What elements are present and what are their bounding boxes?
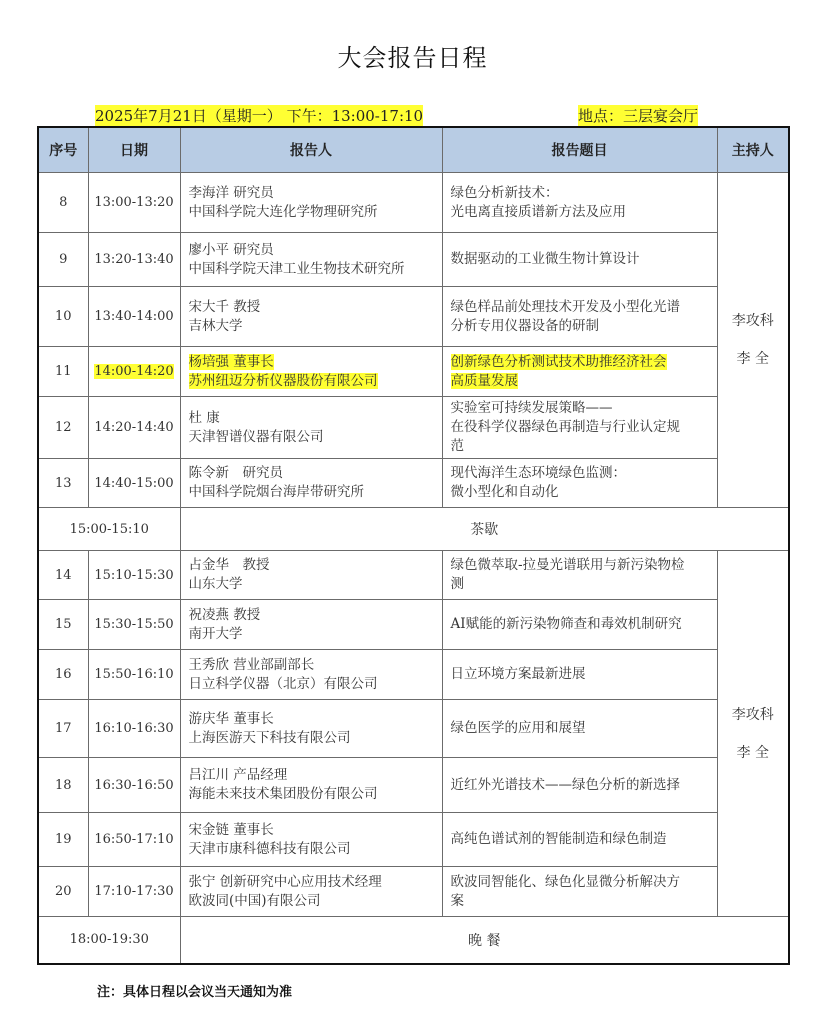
speaker-affiliation: 中国科学院烟台海岸带研究所 (189, 483, 442, 502)
page-title: 大会报告日程 (0, 38, 825, 73)
topic-line: 实验室可持续发展策略—— (451, 399, 717, 418)
host-cell: 李攻科李 全 (717, 551, 789, 917)
topic-line: 范 (451, 437, 717, 456)
speaker-affiliation: 天津市康科德科技有限公司 (189, 840, 442, 859)
table-row: 9 13:20-13:40 廖小平 研究员中国科学院天津工业生物技术研究所 数据… (38, 233, 789, 287)
dinner-row: 18:00-19:30 晚 餐 (38, 917, 789, 964)
row-time: 13:20-13:40 (88, 233, 180, 287)
header-row: 序号 日期 报告人 报告题目 主持人 (38, 127, 789, 173)
topic-line: 微小型化和自动化 (451, 483, 717, 502)
row-time: 14:00-14:20 (88, 347, 180, 397)
speaker-name: 占金华 教授 (189, 556, 442, 575)
speaker-affiliation: 海能未来技术集团股份有限公司 (189, 785, 442, 804)
topic-line: 绿色医学的应用和展望 (451, 719, 717, 738)
speaker-affiliation: 日立科学仪器（北京）有限公司 (189, 675, 442, 694)
row-no: 12 (38, 397, 88, 459)
topic-line: 案 (451, 892, 717, 911)
row-time: 13:40-14:00 (88, 287, 180, 347)
row-time: 16:50-17:10 (88, 813, 180, 867)
topic-line: 欧波同智能化、绿色化显微分析解决方 (451, 873, 717, 892)
row-time: 16:10-16:30 (88, 700, 180, 758)
schedule-table: 序号 日期 报告人 报告题目 主持人 8 13:00-13:20 李海洋 研究员… (37, 126, 790, 965)
table-row: 13 14:40-15:00 陈令新 研究员中国科学院烟台海岸带研究所 现代海洋… (38, 459, 789, 508)
row-topic: 数据驱动的工业微生物计算设计 (442, 233, 717, 287)
topic-line: 绿色分析新技术： (451, 184, 717, 203)
speaker-affiliation: 中国科学院天津工业生物技术研究所 (189, 260, 442, 279)
speaker-name: 宋金链 董事长 (189, 821, 442, 840)
header-speaker: 报告人 (180, 127, 442, 173)
row-time: 17:10-17:30 (88, 867, 180, 917)
speaker-name: 李海洋 研究员 (189, 184, 442, 203)
row-no: 10 (38, 287, 88, 347)
break-row: 15:00-15:10 茶歇 (38, 508, 789, 551)
row-speaker: 张宁 创新研究中心应用技术经理欧波同(中国)有限公司 (180, 867, 442, 917)
header-topic: 报告题目 (442, 127, 717, 173)
row-no: 8 (38, 173, 88, 233)
row-no: 11 (38, 347, 88, 397)
table-row: 18 16:30-16:50 吕江川 产品经理海能未来技术集团股份有限公司 近红… (38, 758, 789, 813)
speaker-name: 王秀欣 营业部副部长 (189, 656, 442, 675)
location-info: 地点：三层宴会厅 (578, 105, 698, 126)
row-speaker: 杜 康天津智谱仪器有限公司 (180, 397, 442, 459)
row-speaker: 陈令新 研究员中国科学院烟台海岸带研究所 (180, 459, 442, 508)
speaker-affiliation: 吉林大学 (189, 317, 442, 336)
speaker-name: 宋大千 教授 (189, 298, 442, 317)
speaker-affiliation: 欧波同(中国)有限公司 (189, 892, 442, 911)
speaker-name: 游庆华 董事长 (189, 710, 442, 729)
row-topic: 绿色医学的应用和展望 (442, 700, 717, 758)
table-row: 14 15:10-15:30 占金华 教授山东大学 绿色微萃取-拉曼光谱联用与新… (38, 551, 789, 600)
topic-line: 高纯色谱试剂的智能制造和绿色制造 (451, 830, 717, 849)
speaker-name: 陈令新 研究员 (189, 464, 442, 483)
speaker-affiliation: 苏州纽迈分析仪器股份有限公司 (189, 373, 378, 389)
speaker-affiliation: 山东大学 (189, 575, 442, 594)
row-speaker: 廖小平 研究员中国科学院天津工业生物技术研究所 (180, 233, 442, 287)
row-no: 19 (38, 813, 88, 867)
topic-line: 在役科学仪器绿色再制造与行业认定规 (451, 418, 717, 437)
topic-line: 光电离直接质谱新方法及应用 (451, 203, 717, 222)
topic-line: 日立环境方案最新进展 (451, 665, 717, 684)
topic-line: 高质量发展 (451, 373, 519, 389)
row-no: 14 (38, 551, 88, 600)
dinner-time: 18:00-19:30 (38, 917, 180, 964)
break-label: 茶歇 (180, 508, 789, 551)
row-topic: 创新绿色分析测试技术助推经济社会高质量发展 (442, 347, 717, 397)
speaker-affiliation: 中国科学院大连化学物理研究所 (189, 203, 442, 222)
row-speaker: 王秀欣 营业部副部长日立科学仪器（北京）有限公司 (180, 650, 442, 700)
row-speaker: 游庆华 董事长上海医游天下科技有限公司 (180, 700, 442, 758)
topic-line: 绿色微萃取-拉曼光谱联用与新污染物检 (451, 556, 717, 575)
host-name: 李 全 (718, 349, 789, 369)
speaker-name: 廖小平 研究员 (189, 241, 442, 260)
speaker-affiliation: 南开大学 (189, 625, 442, 644)
break-time: 15:00-15:10 (38, 508, 180, 551)
table-row: 15 15:30-15:50 祝凌燕 教授南开大学 AI赋能的新污染物筛查和毒效… (38, 600, 789, 650)
header-time: 日期 (88, 127, 180, 173)
host-name: 李攻科 (718, 705, 789, 725)
row-topic: 日立环境方案最新进展 (442, 650, 717, 700)
speaker-affiliation: 天津智谱仪器有限公司 (189, 428, 442, 447)
table-row: 17 16:10-16:30 游庆华 董事长上海医游天下科技有限公司 绿色医学的… (38, 700, 789, 758)
topic-line: 近红外光谱技术——绿色分析的新选择 (451, 776, 717, 795)
row-speaker: 宋大千 教授吉林大学 (180, 287, 442, 347)
host-cell: 李攻科李 全 (717, 173, 789, 508)
topic-line: AI赋能的新污染物筛查和毒效机制研究 (451, 615, 717, 634)
row-topic: 绿色样品前处理技术开发及小型化光谱分析专用仪器设备的研制 (442, 287, 717, 347)
table-row: 16 15:50-16:10 王秀欣 营业部副部长日立科学仪器（北京）有限公司 … (38, 650, 789, 700)
dinner-label: 晚 餐 (180, 917, 789, 964)
topic-line: 测 (451, 575, 717, 594)
row-topic: 实验室可持续发展策略——在役科学仪器绿色再制造与行业认定规范 (442, 397, 717, 459)
row-topic: 现代海洋生态环境绿色监测：微小型化和自动化 (442, 459, 717, 508)
row-no: 16 (38, 650, 88, 700)
host-name: 李 全 (718, 743, 789, 763)
row-time: 13:00-13:20 (88, 173, 180, 233)
row-time: 15:30-15:50 (88, 600, 180, 650)
row-speaker: 吕江川 产品经理海能未来技术集团股份有限公司 (180, 758, 442, 813)
row-speaker: 宋金链 董事长天津市康科德科技有限公司 (180, 813, 442, 867)
date-time-info: 2025年7月21日（星期一） 下午：13:00-17:10 (95, 105, 423, 126)
row-topic: 绿色分析新技术：光电离直接质谱新方法及应用 (442, 173, 717, 233)
speaker-name: 吕江川 产品经理 (189, 766, 442, 785)
speaker-name: 杜 康 (189, 409, 442, 428)
row-no: 9 (38, 233, 88, 287)
table-row-highlighted: 11 14:00-14:20 杨培强 董事长苏州纽迈分析仪器股份有限公司 创新绿… (38, 347, 789, 397)
highlighted-time: 14:00-14:20 (94, 364, 173, 379)
host-name: 李攻科 (718, 311, 789, 331)
topic-line: 数据驱动的工业微生物计算设计 (451, 250, 717, 269)
row-topic: 绿色微萃取-拉曼光谱联用与新污染物检测 (442, 551, 717, 600)
header-host: 主持人 (717, 127, 789, 173)
row-no: 17 (38, 700, 88, 758)
row-time: 16:30-16:50 (88, 758, 180, 813)
speaker-affiliation: 上海医游天下科技有限公司 (189, 729, 442, 748)
table-row: 8 13:00-13:20 李海洋 研究员中国科学院大连化学物理研究所 绿色分析… (38, 173, 789, 233)
row-speaker: 李海洋 研究员中国科学院大连化学物理研究所 (180, 173, 442, 233)
topic-line: 现代海洋生态环境绿色监测： (451, 464, 717, 483)
speaker-name: 张宁 创新研究中心应用技术经理 (189, 873, 442, 892)
topic-line: 分析专用仪器设备的研制 (451, 317, 717, 336)
row-time: 14:40-15:00 (88, 459, 180, 508)
table-row: 10 13:40-14:00 宋大千 教授吉林大学 绿色样品前处理技术开发及小型… (38, 287, 789, 347)
row-no: 20 (38, 867, 88, 917)
row-speaker: 杨培强 董事长苏州纽迈分析仪器股份有限公司 (180, 347, 442, 397)
row-topic: 欧波同智能化、绿色化显微分析解决方案 (442, 867, 717, 917)
speaker-name: 杨培强 董事长 (189, 354, 274, 370)
speaker-name: 祝凌燕 教授 (189, 606, 442, 625)
table-row: 19 16:50-17:10 宋金链 董事长天津市康科德科技有限公司 高纯色谱试… (38, 813, 789, 867)
row-speaker: 占金华 教授山东大学 (180, 551, 442, 600)
row-speaker: 祝凌燕 教授南开大学 (180, 600, 442, 650)
row-no: 13 (38, 459, 88, 508)
row-time: 14:20-14:40 (88, 397, 180, 459)
row-topic: 高纯色谱试剂的智能制造和绿色制造 (442, 813, 717, 867)
row-topic: 近红外光谱技术——绿色分析的新选择 (442, 758, 717, 813)
header-no: 序号 (38, 127, 88, 173)
footnote: 注：具体日程以会议当天通知为准 (97, 981, 292, 1000)
topic-line: 创新绿色分析测试技术助推经济社会 (451, 354, 667, 370)
row-topic: AI赋能的新污染物筛查和毒效机制研究 (442, 600, 717, 650)
row-time: 15:10-15:30 (88, 551, 180, 600)
row-time: 15:50-16:10 (88, 650, 180, 700)
table-row: 20 17:10-17:30 张宁 创新研究中心应用技术经理欧波同(中国)有限公… (38, 867, 789, 917)
topic-line: 绿色样品前处理技术开发及小型化光谱 (451, 298, 717, 317)
table-row: 12 14:20-14:40 杜 康天津智谱仪器有限公司 实验室可持续发展策略—… (38, 397, 789, 459)
row-no: 15 (38, 600, 88, 650)
row-no: 18 (38, 758, 88, 813)
